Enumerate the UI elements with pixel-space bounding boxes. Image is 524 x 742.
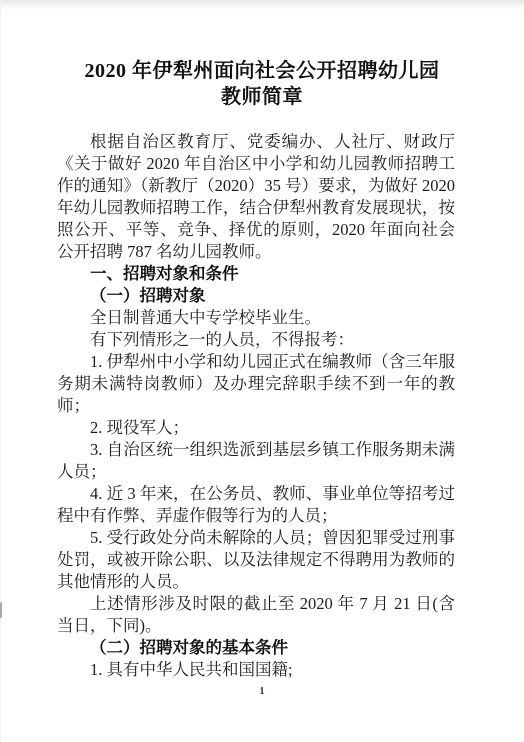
paragraph: 3. 自治区统一组织选派到基层乡镇工作服务期未满人员； [57,439,455,483]
paragraph: 4. 近 3 年来，在公务员、教师、事业单位等招考过程中有作弊、弄虚作假等行为的… [57,483,455,527]
paragraph: 根据自治区教育厅、党委编办、人社厅、财政厅《关于做好 2020 年自治区中小学和… [57,131,455,263]
section-heading: 一、招聘对象和条件 [57,263,455,285]
paragraph: 全日制普通大中专学校毕业生。 [57,307,455,329]
document-page: 2020 年伊犁州面向社会公开招聘幼儿园教师简章 根据自治区教育厅、党委编办、人… [0,0,524,742]
page-number: 1 [0,685,524,697]
paragraph: 有下列情形之一的人员，不得报考： [57,329,455,351]
section-heading: （二）招聘对象的基本条件 [57,637,455,659]
document-body: 根据自治区教育厅、党委编办、人社厅、财政厅《关于做好 2020 年自治区中小学和… [57,131,455,681]
paragraph: 1. 具有中华人民共和国国籍; [57,659,455,681]
paragraph: 2. 现役军人； [57,417,455,439]
paragraph: 上述情形涉及时限的截止至 2020 年 7 月 21 日(含当日，下同)。 [57,593,455,637]
scan-edge-artifact [0,602,2,618]
section-heading: （一）招聘对象 [57,285,455,307]
scan-left-edge-line [0,0,1,742]
document-title: 2020 年伊犁州面向社会公开招聘幼儿园教师简章 [0,58,524,110]
paragraph: 1. 伊犁州中小学和幼儿园正式在编教师（含三年服务期未满特岗教师）及办理完辞职手… [57,351,455,417]
document-title-line-1: 2020 年伊犁州面向社会公开招聘幼儿园 [85,60,440,82]
document-title-line-2: 教师简章 [221,86,303,108]
paragraph: 5. 受行政处分尚未解除的人员；曾因犯罪受过刑事处罚，或被开除公职、以及法律规定… [57,527,455,593]
scan-top-edge-shade [0,0,524,10]
